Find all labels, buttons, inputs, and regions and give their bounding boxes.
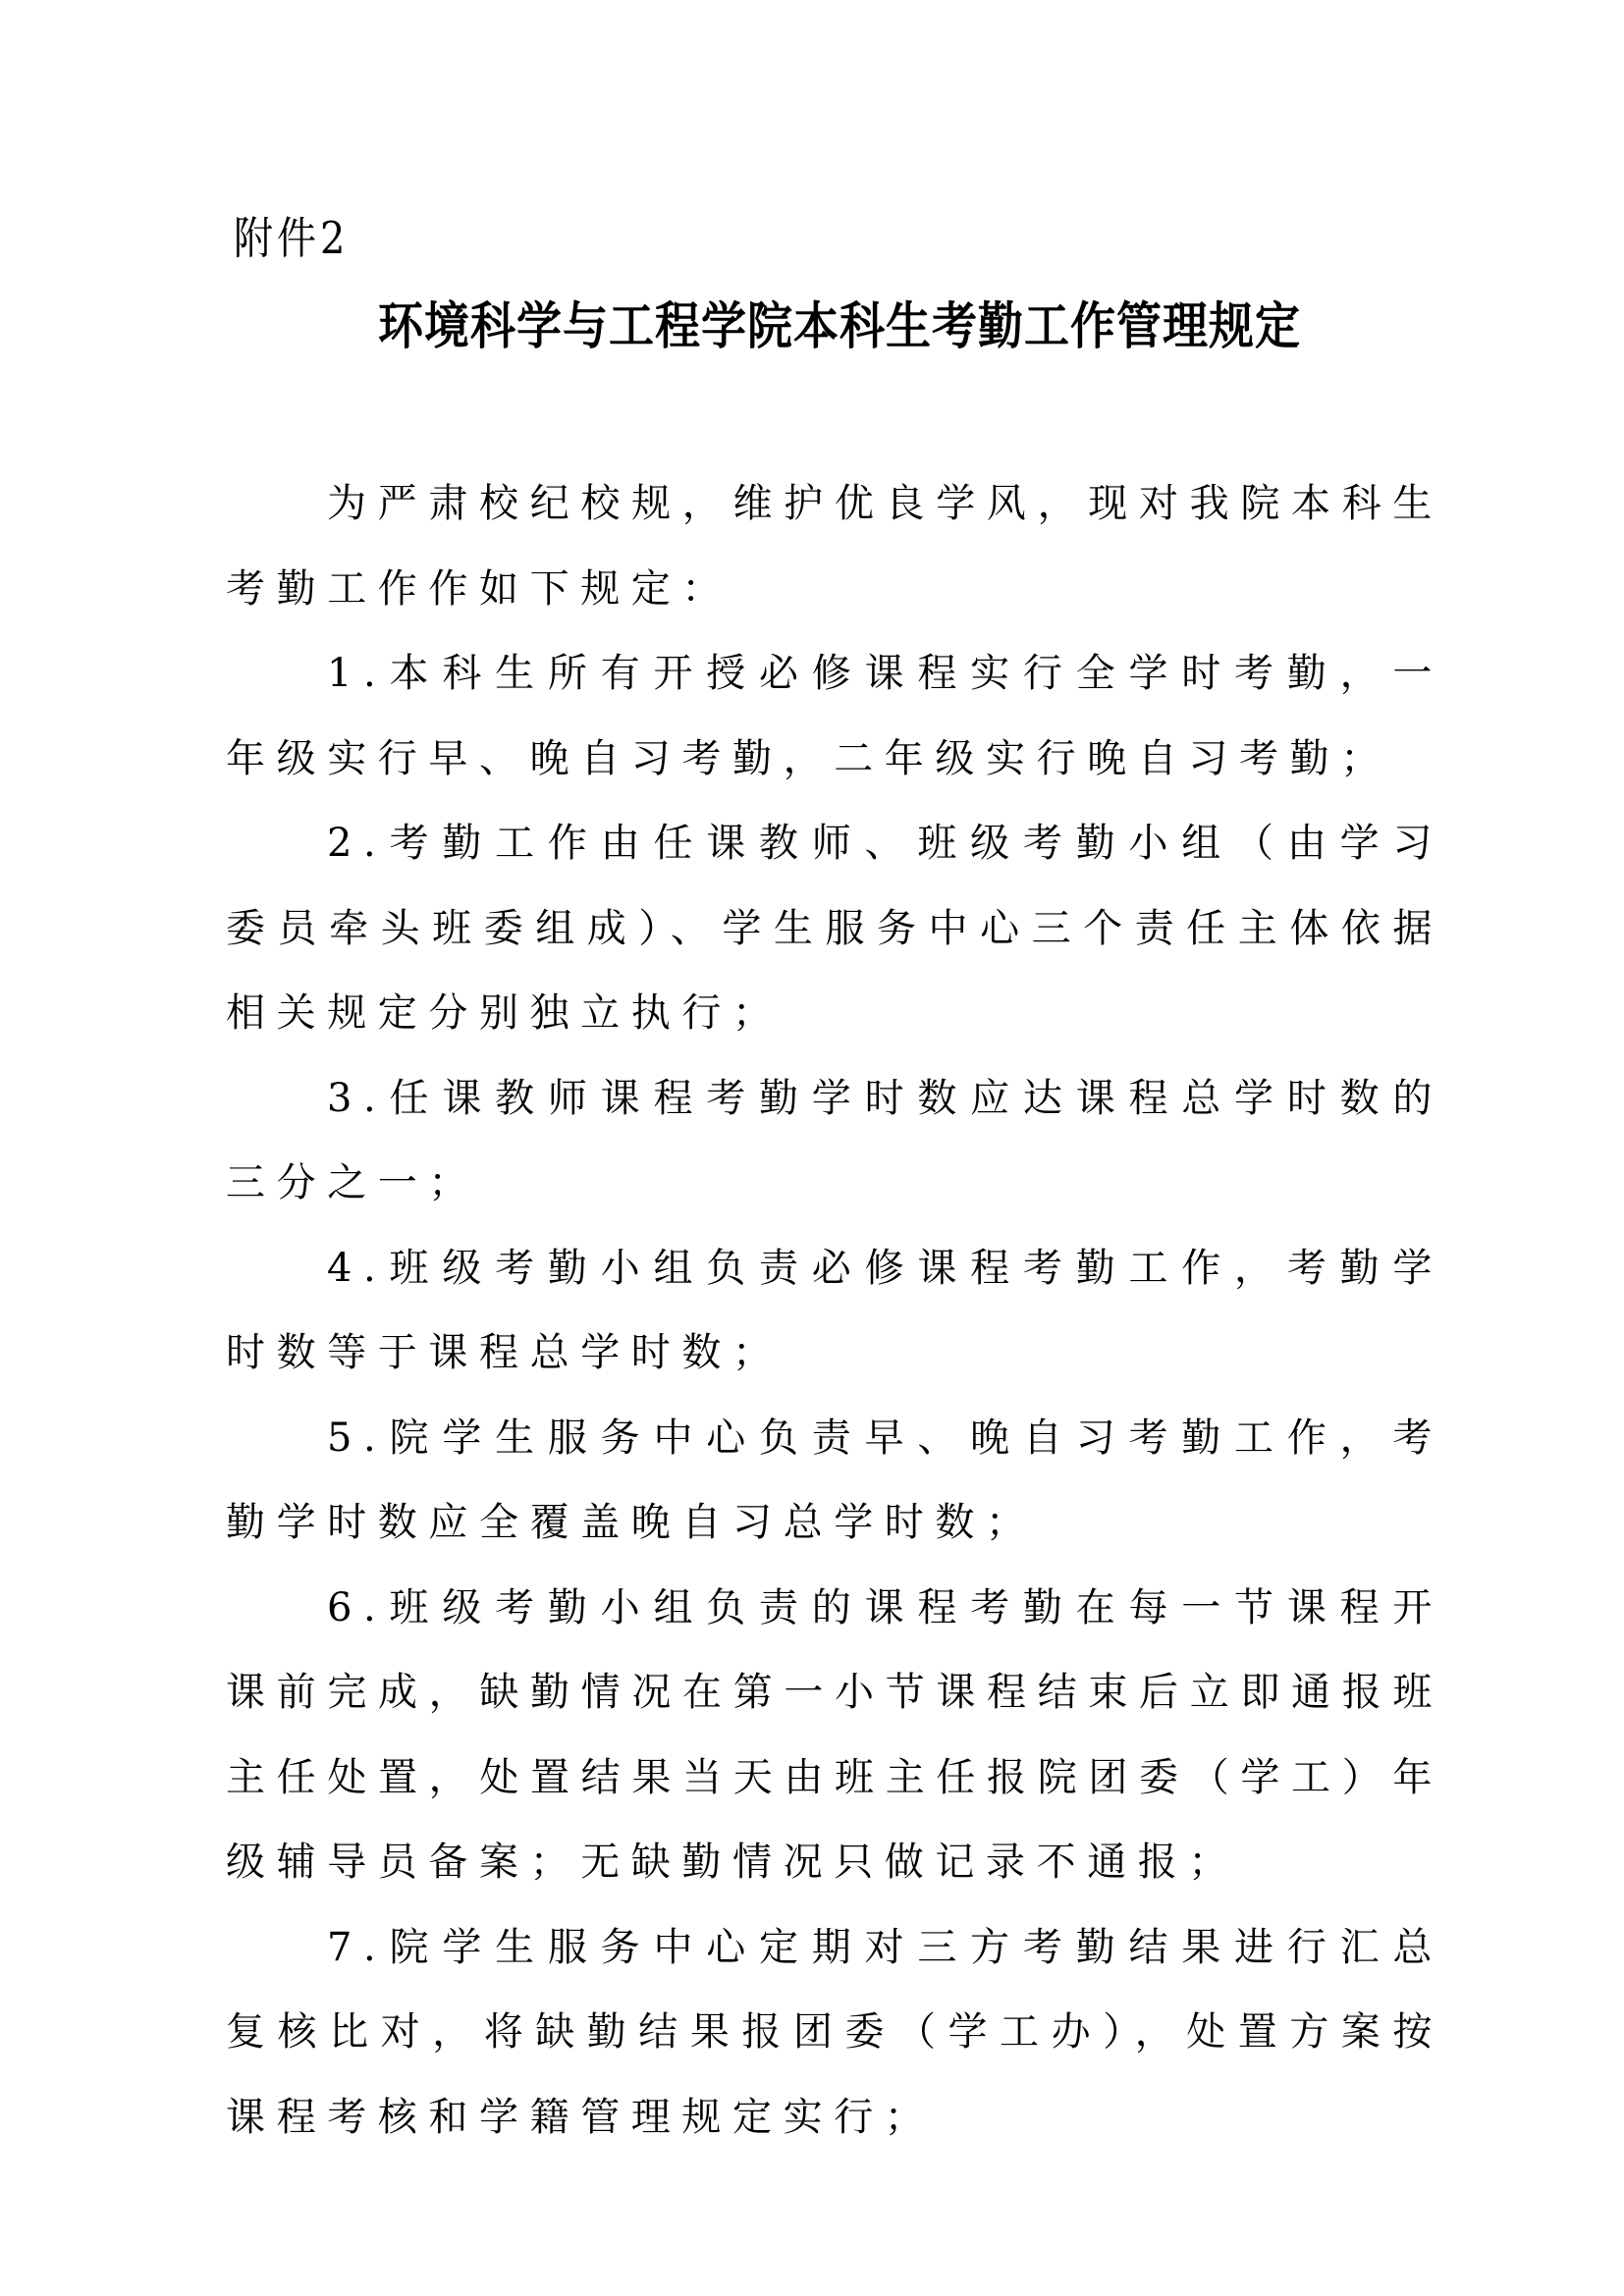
rule-item-6: 6.班级考勤小组负责的课程考勤在每一节课程开课前完成，缺勤情况在第一小节课程结束…: [226, 1566, 1443, 1905]
attachment-label: 附件2: [234, 208, 349, 270]
document-title: 环境科学与工程学院本科生考勤工作管理规定: [0, 291, 1624, 361]
rule-item-3: 3.任课教师课程考勤学时数应达课程总学时数的三分之一；: [226, 1056, 1443, 1226]
rule-item-7: 7.院学生服务中心定期对三方考勤结果进行汇总复核比对，将缺勤结果报团委（学工办）…: [226, 1905, 1443, 2161]
rule-item-5: 5.院学生服务中心负责早、晚自习考勤工作，考勤学时数应全覆盖晚自习总学时数；: [226, 1396, 1443, 1566]
rule-item-1: 1.本科生所有开授必修课程实行全学时考勤，一年级实行早、晚自习考勤，二年级实行晚…: [226, 631, 1443, 801]
document-page: 附件2 环境科学与工程学院本科生考勤工作管理规定 为严肃校纪校规，维护优良学风，…: [0, 0, 1624, 2296]
document-body: 为严肃校纪校规，维护优良学风，现对我院本科生考勤工作作如下规定： 1.本科生所有…: [226, 461, 1443, 2160]
rule-item-2: 2.考勤工作由任课教师、班级考勤小组（由学习委员牵头班委组成）、学生服务中心三个…: [226, 801, 1443, 1056]
intro-paragraph: 为严肃校纪校规，维护优良学风，现对我院本科生考勤工作作如下规定：: [226, 461, 1443, 631]
rule-item-4: 4.班级考勤小组负责必修课程考勤工作，考勤学时数等于课程总学时数；: [226, 1226, 1443, 1396]
